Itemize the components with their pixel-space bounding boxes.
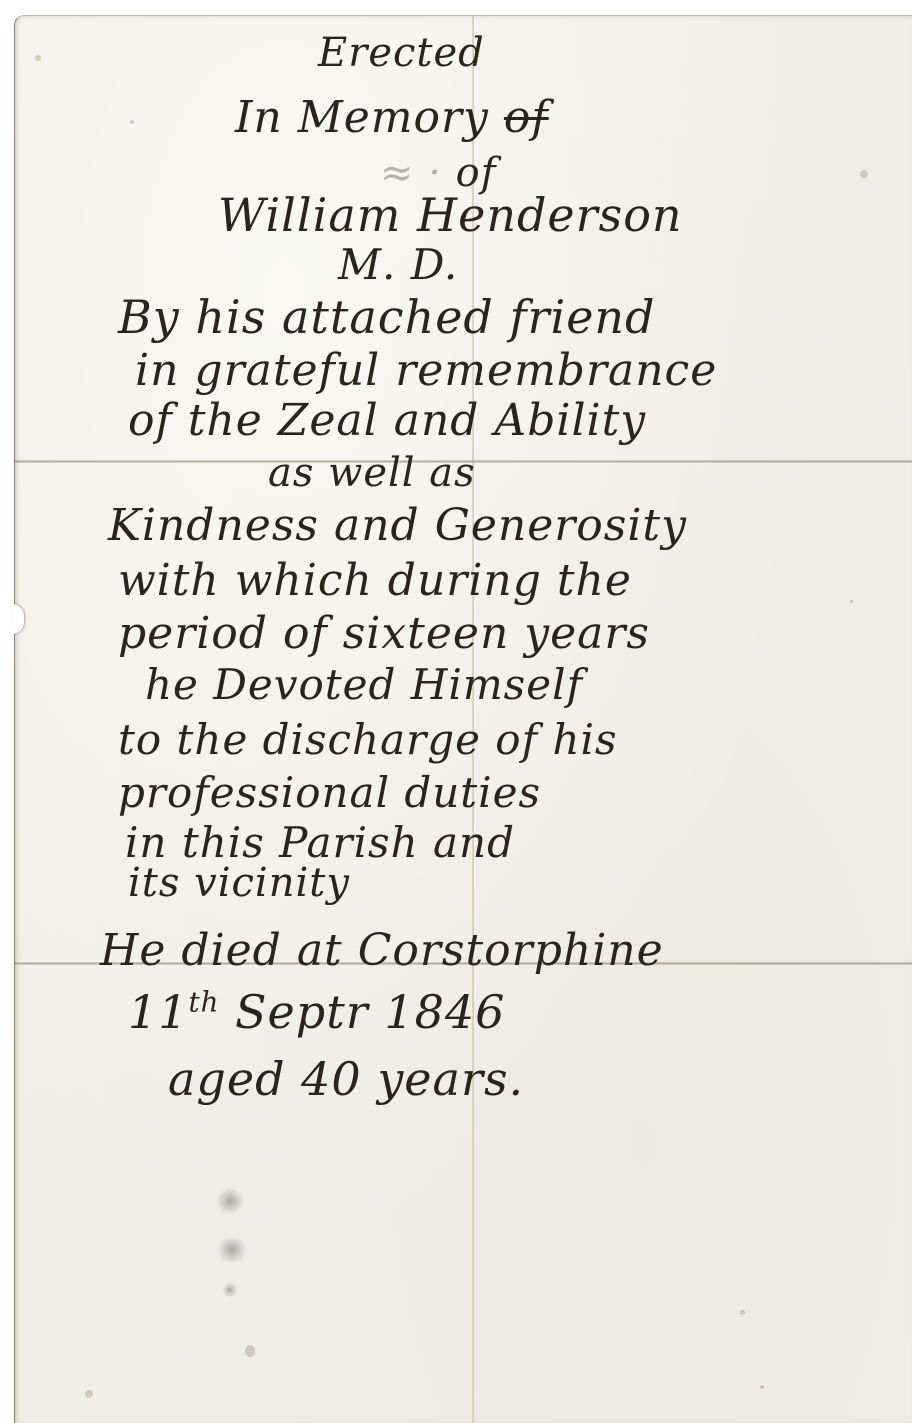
foxing-spot [740, 1310, 745, 1315]
inscription-line: of the Zeal and Ability [128, 395, 646, 446]
inscription-line: as well as [268, 450, 476, 496]
ink-smudge [215, 1238, 249, 1262]
deceased-name: William Henderson [218, 188, 683, 242]
inscription-line: Kindness and Generosity [108, 500, 687, 551]
inscription-line: he Devoted Himself [145, 660, 583, 709]
ink-smudge [215, 1188, 245, 1214]
inscription-line: in grateful remembrance [135, 345, 717, 396]
inscription-line: to the discharge of his [118, 715, 618, 764]
foxing-spot [850, 600, 853, 603]
foxing-spot [35, 55, 41, 61]
inscription-line: Erected [318, 30, 485, 76]
age-line: aged 40 years. [168, 1052, 524, 1106]
foxing-spot [85, 1390, 93, 1398]
deceased-title: M. D. [338, 240, 458, 289]
death-date-line: 11th Septr 1846 [128, 985, 505, 1039]
foxing-spot [245, 1345, 255, 1357]
inscription-line: professional duties [118, 768, 541, 817]
foxing-spot [760, 1385, 764, 1389]
ink-smudge [222, 1283, 238, 1297]
foxing-spot [860, 170, 868, 178]
struck-through-word: of [504, 92, 549, 143]
inscription-line: with which during the [118, 555, 632, 606]
foxing-spot [130, 120, 134, 124]
inscription-line: period of sixteen years [118, 608, 650, 659]
death-place-line: He died at Corstorphine [100, 925, 664, 976]
inscription-line: By his attached friend [118, 290, 656, 344]
inscription-line: its vicinity [128, 860, 350, 906]
inscription-line: In Memory of [235, 92, 549, 143]
